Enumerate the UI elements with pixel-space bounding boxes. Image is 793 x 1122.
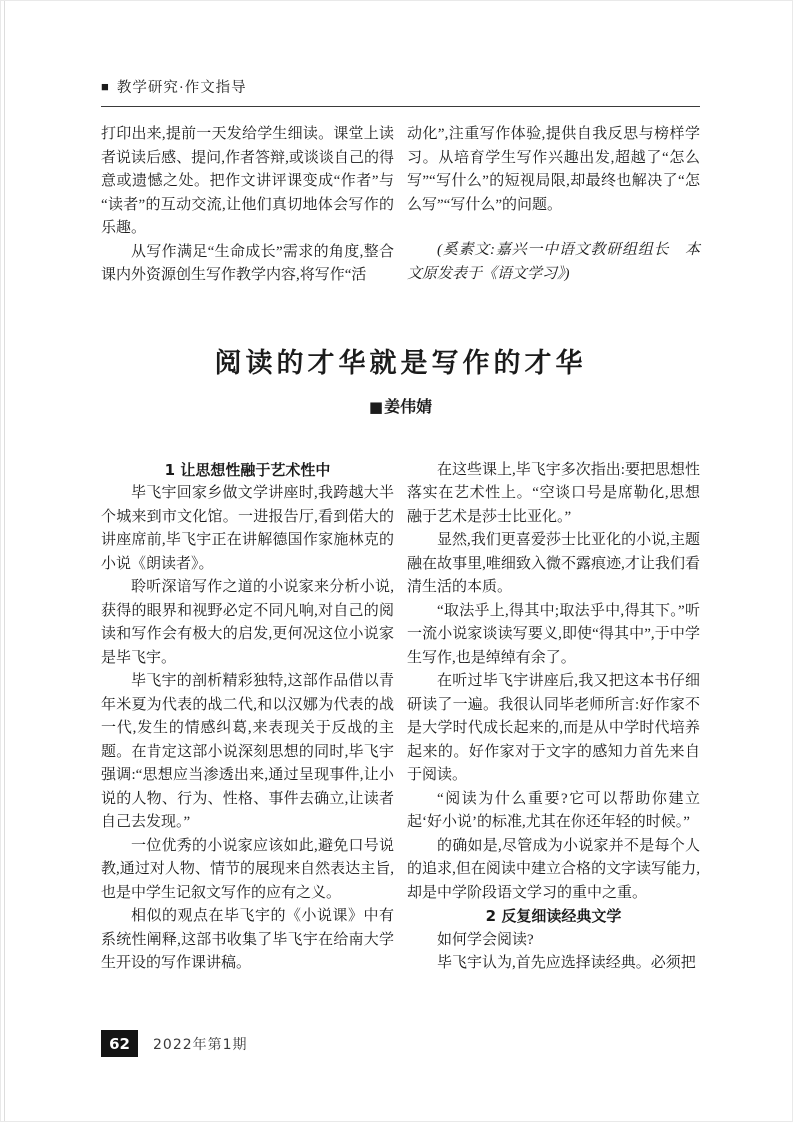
paragraph: 的确如是,尽管成为小说家并不是每个人的追求,但在阅读中建立合格的文字读写能力,却… [407, 835, 700, 906]
author-attribution: (奚素文:嘉兴一中语文教研组组长 本文原发表于《语文学习》) [407, 239, 700, 286]
paragraph: 显然,我们更喜爱莎士比亚化的小说,主题融在故事里,唯细致入微不露痕迹,才让我们看… [407, 529, 700, 600]
page-number-badge: 62 [101, 1030, 138, 1057]
section-heading-2: 2 反复细读经典文学 [407, 905, 700, 929]
paragraph: 如何学会阅读? [407, 929, 700, 953]
page-number: 62 [109, 1035, 130, 1053]
paragraph: 毕飞宇认为,首先应选择读经典。必须把 [407, 952, 700, 976]
square-marker-icon: ■ [101, 80, 110, 93]
top-right-column: 动化”,注重写作体验,提供自我反思与榜样学习。从培育学生写作兴趣出发,超越了“怎… [407, 123, 700, 288]
paragraph: 一位优秀的小说家应该如此,避免口号说教,通过对人物、情节的展现来自然表达主旨,也… [101, 835, 394, 906]
body-left-column: 1 让思想性融于艺术性中 毕飞宇回家乡做文学讲座时,我跨越大半个城来到市文化馆。… [101, 459, 394, 976]
author-name: 姜伟婧 [384, 397, 432, 416]
issue-label: 2022年第1期 [153, 1034, 248, 1054]
article-title-block: 阅读的才华就是写作的才华 ■姜伟婧 [101, 346, 700, 417]
paragraph: 毕飞宇的剖析精彩独特,这部作品借以青年米夏为代表的战二代,和以汉娜为代表的战一代… [101, 670, 394, 835]
article-title: 阅读的才华就是写作的才华 [101, 346, 700, 381]
page-header: ■ 教学研究·作文指导 [101, 76, 700, 107]
article-body: 1 让思想性融于艺术性中 毕飞宇回家乡做文学讲座时,我跨越大半个城来到市文化馆。… [101, 459, 700, 976]
header-rule [101, 106, 700, 107]
page-footer: 62 2022年第1期 [101, 1030, 248, 1057]
paragraph: “阅读为什么重要?它可以帮助你建立起‘好小说’的标准,尤其在你还年轻的时候。” [407, 788, 700, 835]
paragraph: 动化”,注重写作体验,提供自我反思与榜样学习。从培育学生写作兴趣出发,超越了“怎… [407, 123, 700, 217]
paragraph: 在听过毕飞宇讲座后,我又把这本书仔细研读了一遍。我很认同毕老师所言:好作家不是大… [407, 670, 700, 788]
section-label: 教学研究·作文指导 [117, 76, 247, 97]
paragraph: “取法乎上,得其中;取法乎中,得其下。”听一流小说家谈读写要义,即使“得其中”,… [407, 600, 700, 671]
paragraph: 相似的观点在毕飞宇的《小说课》中有系统性阐释,这部书收集了毕飞宇在给南大学生开设… [101, 905, 394, 976]
square-marker-icon: ■ [369, 398, 383, 416]
previous-article-ending: 打印出来,提前一天发给学生细读。课堂上读者说读后感、提问,作者答辩,或谈谈自己的… [101, 123, 700, 288]
author-line: ■姜伟婧 [101, 394, 700, 417]
paragraph: 在这些课上,毕飞宇多次指出:要把思想性落实在艺术性上。“空谈口号是席勒化,思想融… [407, 459, 700, 530]
section-heading-1: 1 让思想性融于艺术性中 [101, 459, 394, 483]
paragraph: 毕飞宇回家乡做文学讲座时,我跨越大半个城来到市文化馆。一进报告厅,看到偌大的讲座… [101, 482, 394, 576]
body-right-column: 在这些课上,毕飞宇多次指出:要把思想性落实在艺术性上。“空谈口号是席勒化,思想融… [407, 459, 700, 976]
top-left-column: 打印出来,提前一天发给学生细读。课堂上读者说读后感、提问,作者答辩,或谈谈自己的… [101, 123, 394, 288]
paragraph: 从写作满足“生命成长”需求的角度,整合课内外资源创生写作教学内容,将写作“活 [101, 241, 394, 288]
magazine-page: ■ 教学研究·作文指导 打印出来,提前一天发给学生细读。课堂上读者说读后感、提问… [0, 0, 793, 1122]
paragraph: 打印出来,提前一天发给学生细读。课堂上读者说读后感、提问,作者答辩,或谈谈自己的… [101, 123, 394, 241]
section-banner: ■ 教学研究·作文指导 [101, 76, 700, 97]
paragraph: 聆听深谙写作之道的小说家来分析小说,获得的眼界和视野必定不同凡响,对自己的阅读和… [101, 576, 394, 670]
